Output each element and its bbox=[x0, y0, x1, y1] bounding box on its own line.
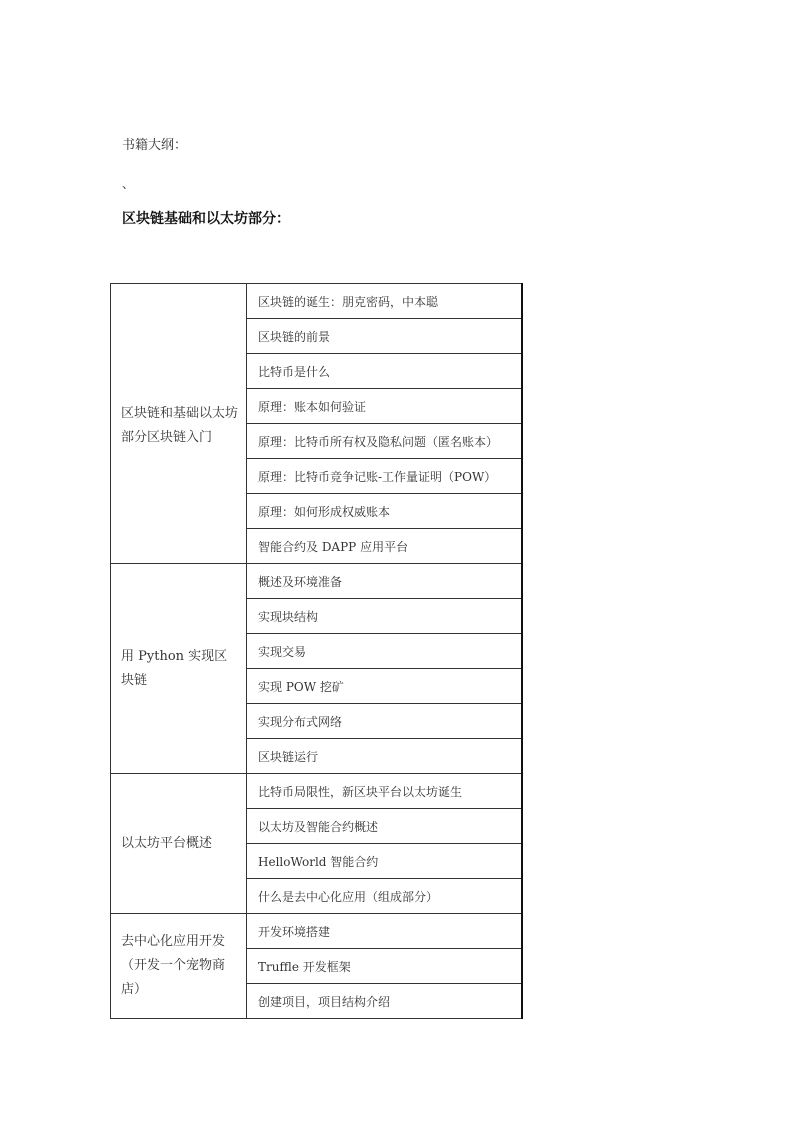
topic-cell: 比特币是什么 bbox=[247, 354, 523, 389]
topic-cell: 原理：如何形成权威账本 bbox=[247, 494, 523, 529]
topic-cell: Truffle 开发框架 bbox=[247, 949, 523, 984]
topic-cell: 原理：比特币竞争记账-工作量证明（POW） bbox=[247, 459, 523, 494]
section-cell: 以太坊平台概述 bbox=[111, 774, 247, 914]
table-row: 用 Python 实现区块链 概述及环境准备 bbox=[111, 564, 523, 599]
outline-heading: 书籍大纲： bbox=[122, 138, 187, 154]
outline-table: 区块链和基础以太坊部分区块链入门 区块链的诞生：朋克密码，中本聪 区块链的前景 … bbox=[110, 283, 523, 1019]
punctuation-mark: 、 bbox=[122, 176, 134, 192]
table-row: 去中心化应用开发（开发一个宠物商店） 开发环境搭建 bbox=[111, 914, 523, 949]
topic-cell: 实现交易 bbox=[247, 634, 523, 669]
table-row: 以太坊平台概述 比特币局限性，新区块平台以太坊诞生 bbox=[111, 774, 523, 809]
topic-cell: 区块链的诞生：朋克密码，中本聪 bbox=[247, 284, 523, 319]
topic-cell: 智能合约及 DAPP 应用平台 bbox=[247, 529, 523, 564]
section-label: 以太坊平台概述 bbox=[121, 832, 240, 856]
topic-cell: 实现块结构 bbox=[247, 599, 523, 634]
topic-cell: 什么是去中心化应用（组成部分） bbox=[247, 879, 523, 914]
topic-cell: 创建项目，项目结构介绍 bbox=[247, 984, 523, 1019]
topic-cell: 实现 POW 挖矿 bbox=[247, 669, 523, 704]
topic-cell: 开发环境搭建 bbox=[247, 914, 523, 949]
section-label: 去中心化应用开发（开发一个宠物商店） bbox=[121, 930, 240, 1002]
table-row: 区块链和基础以太坊部分区块链入门 区块链的诞生：朋克密码，中本聪 bbox=[111, 284, 523, 319]
section-title: 区块链基础和以太坊部分： bbox=[122, 211, 290, 227]
topic-cell: 以太坊及智能合约概述 bbox=[247, 809, 523, 844]
section-label: 用 Python 实现区块链 bbox=[121, 645, 240, 693]
topic-cell: 原理：比特币所有权及隐私问题（匿名账本） bbox=[247, 424, 523, 459]
section-cell: 去中心化应用开发（开发一个宠物商店） bbox=[111, 914, 247, 1019]
section-cell: 区块链和基础以太坊部分区块链入门 bbox=[111, 284, 247, 564]
topic-cell: 原理：账本如何验证 bbox=[247, 389, 523, 424]
topic-cell: 实现分布式网络 bbox=[247, 704, 523, 739]
topic-cell: 比特币局限性，新区块平台以太坊诞生 bbox=[247, 774, 523, 809]
topic-cell: 区块链的前景 bbox=[247, 319, 523, 354]
topic-cell: 区块链运行 bbox=[247, 739, 523, 774]
section-cell: 用 Python 实现区块链 bbox=[111, 564, 247, 774]
section-label: 区块链和基础以太坊部分区块链入门 bbox=[121, 402, 240, 450]
topic-cell: 概述及环境准备 bbox=[247, 564, 523, 599]
topic-cell: HelloWorld 智能合约 bbox=[247, 844, 523, 879]
